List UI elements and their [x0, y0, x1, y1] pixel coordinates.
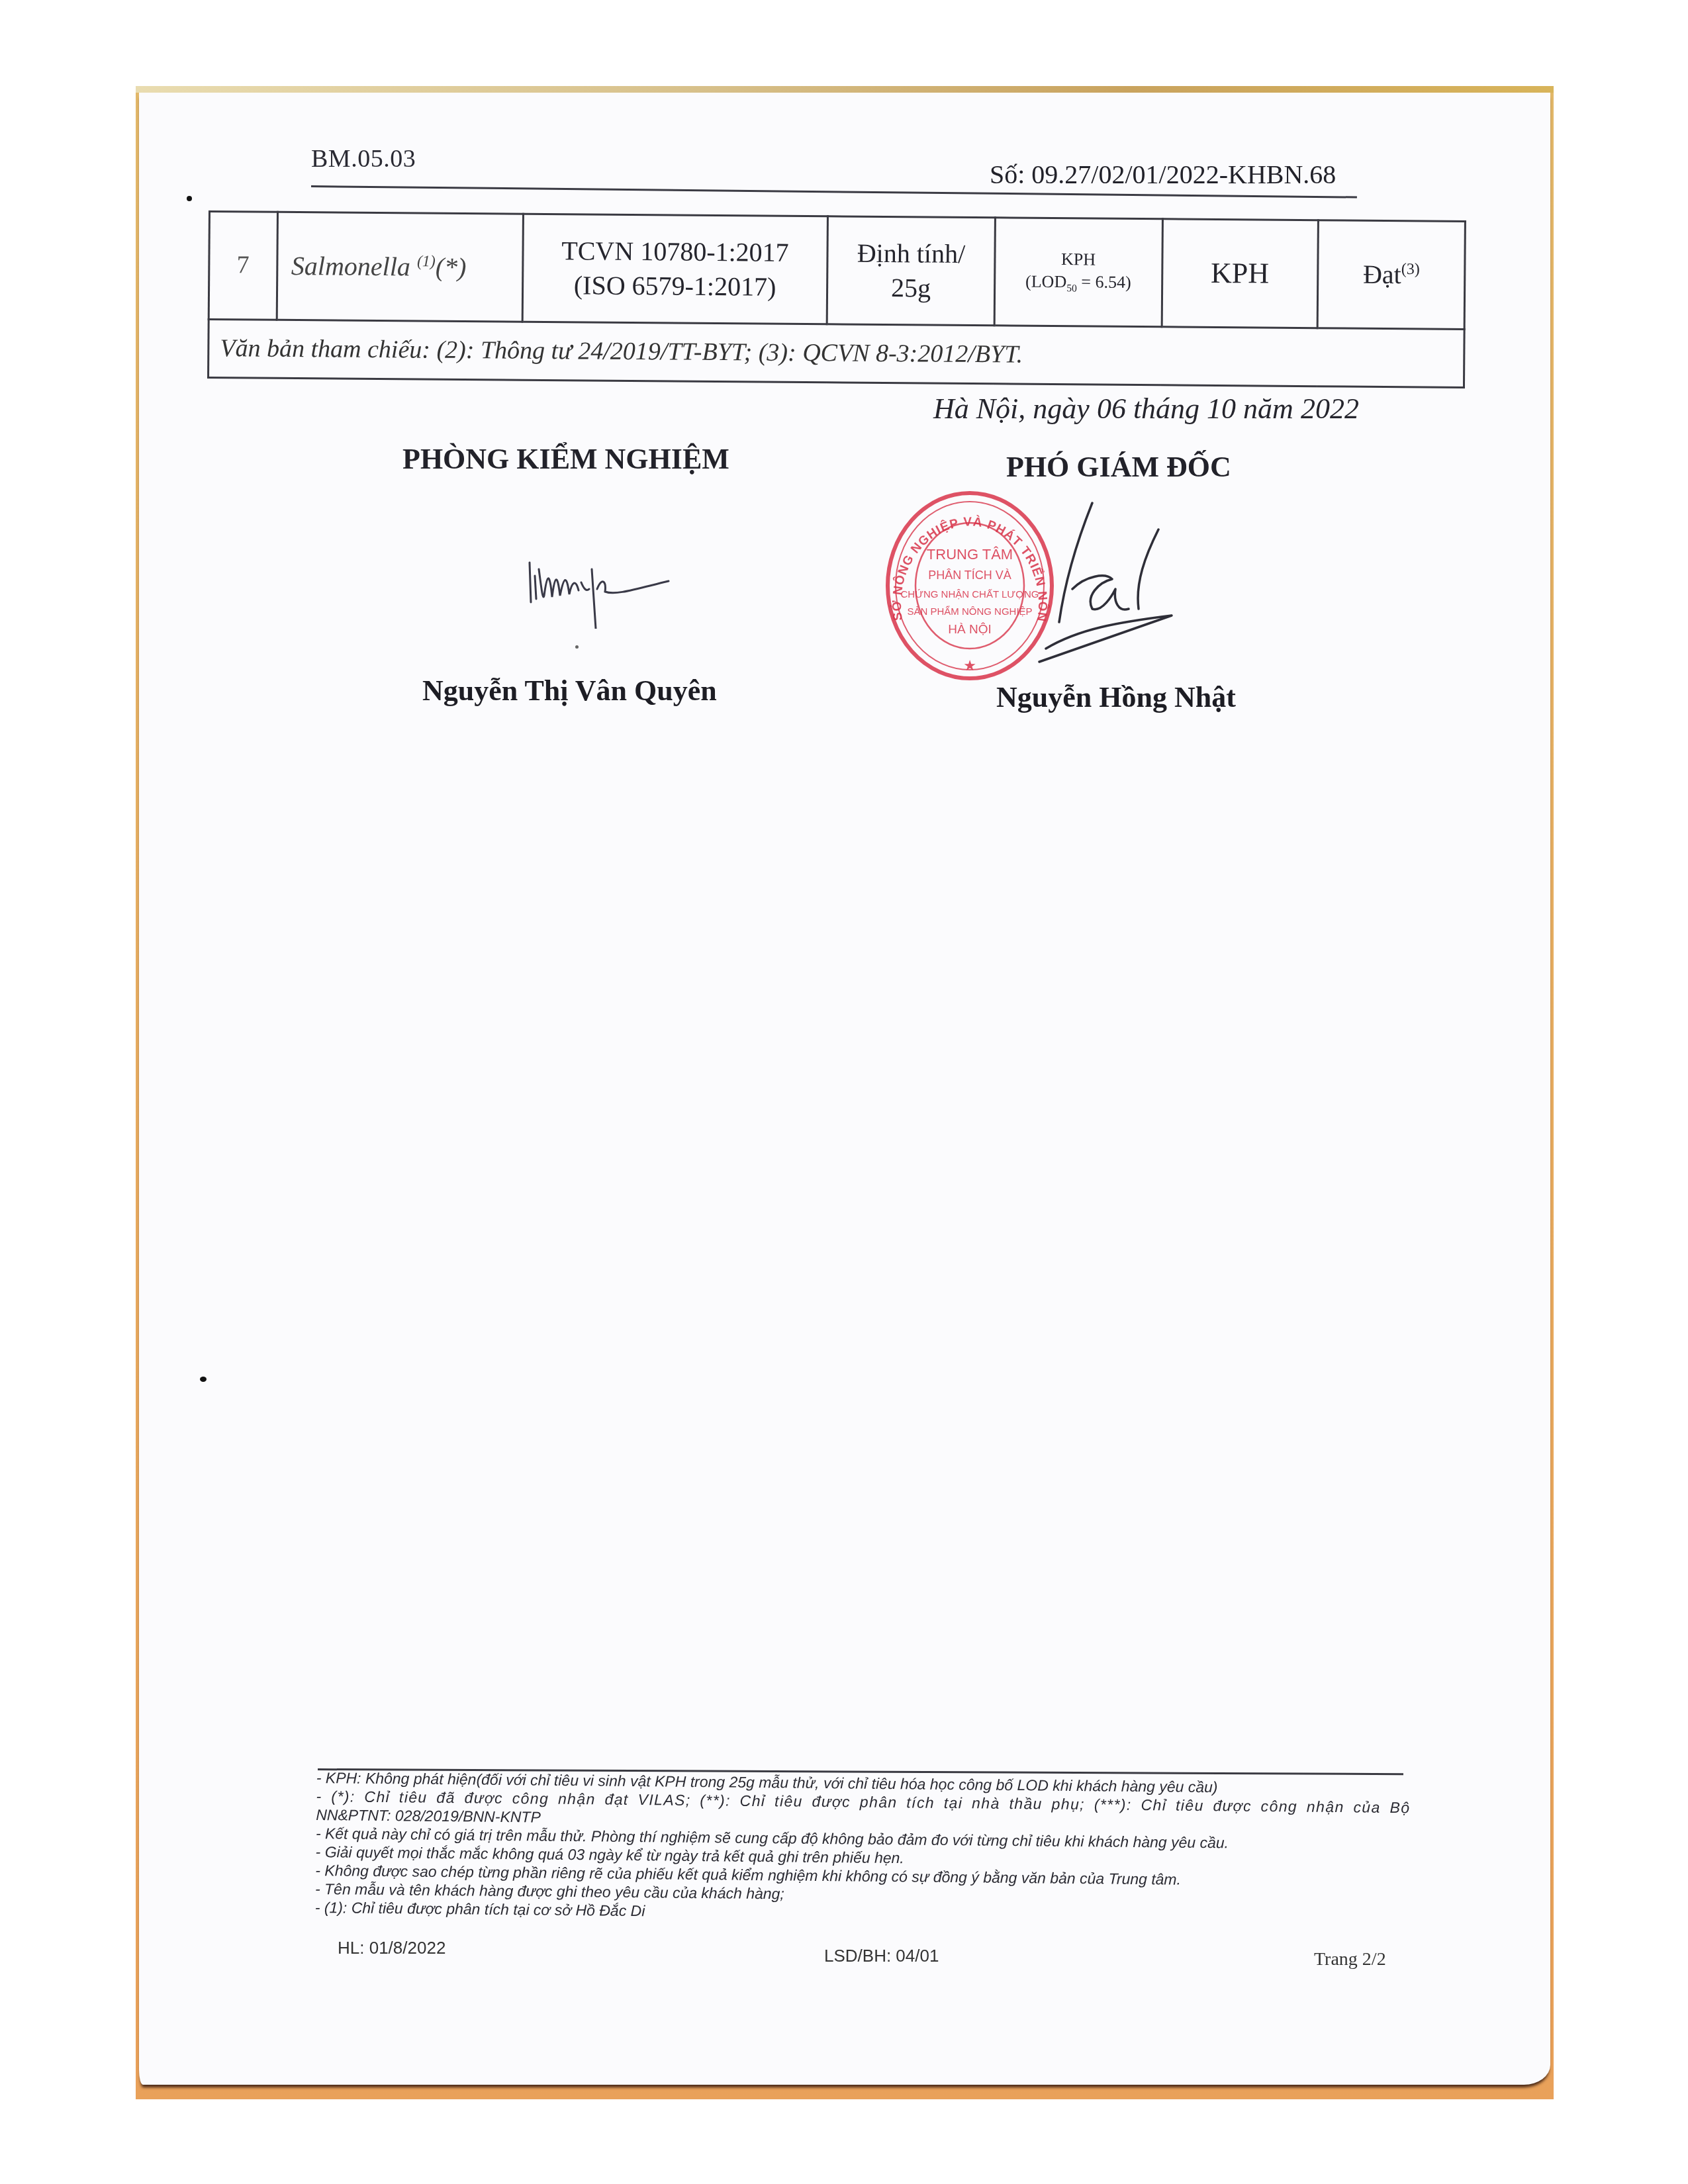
evaluation-footnote-ref: (3) — [1401, 261, 1420, 278]
cell-limit: KPH (LOD50 = 6.54) — [994, 218, 1162, 327]
method-iso: (ISO 6579-1:2017) — [528, 268, 823, 304]
results-table: 7 Salmonella (1)(*) TCVN 10780-1:2017 (I… — [207, 210, 1466, 388]
svg-text:PHÂN TÍCH VÀ: PHÂN TÍCH VÀ — [928, 569, 1011, 582]
reference-note: Văn bản tham chiếu: (2): Thông tư 24/201… — [209, 320, 1465, 388]
form-code: BM.05.03 — [311, 144, 416, 173]
paper-top-edge — [136, 86, 1554, 93]
left-signature-icon — [523, 549, 682, 629]
record-code: LSD/BH: 04/01 — [824, 1946, 939, 1966]
issue-date: Hà Nội, ngày 06 tháng 10 năm 2022 — [933, 392, 1359, 426]
right-signer-title: PHÓ GIÁM ĐỐC — [1006, 450, 1231, 484]
footnotes: - KPH: Không phát hiện(đối với chỉ tiêu … — [315, 1768, 1415, 1928]
right-signer-name: Nguyễn Hồng Nhật — [996, 680, 1236, 714]
evaluation-text: Đạt — [1363, 259, 1401, 289]
indicator-accreditation-mark: (*) — [436, 252, 467, 282]
table-row: 7 Salmonella (1)(*) TCVN 10780-1:2017 (I… — [209, 212, 1465, 330]
lod-label: (LOD — [1025, 272, 1066, 291]
indicator-footnote-ref: (1) — [417, 253, 436, 270]
left-signer-title: PHÒNG KIỂM NGHIỆM — [402, 442, 729, 476]
scan-speck — [575, 645, 579, 649]
method-standard: TCVN 10780-1:2017 — [528, 234, 823, 270]
svg-text:SẢN PHẨM NÔNG NGHIỆP: SẢN PHẨM NÔNG NGHIỆP — [907, 606, 1032, 617]
scan-speck — [200, 1377, 207, 1382]
limit-value: KPH — [1000, 248, 1157, 272]
limit-lod: (LOD50 = 6.54) — [1000, 271, 1157, 296]
right-signature-icon — [1019, 496, 1192, 682]
cell-indicator: Salmonella (1)(*) — [277, 212, 524, 322]
unit-type: Định tính/ — [832, 236, 990, 271]
svg-text:CHỨNG NHẬN CHẤT LƯỢNG: CHỨNG NHẬN CHẤT LƯỢNG — [900, 589, 1039, 600]
cell-method: TCVN 10780-1:2017 (ISO 6579-1:2017) — [522, 214, 827, 324]
page-number: Trang 2/2 — [1314, 1949, 1386, 1970]
left-signer-name: Nguyễn Thị Vân Quyên — [422, 674, 717, 707]
scan-speck — [187, 196, 192, 201]
lod-subscript: 50 — [1066, 283, 1077, 295]
svg-text:TRUNG TÂM: TRUNG TÂM — [927, 546, 1013, 563]
cell-result: KPH — [1162, 219, 1319, 328]
revision-code: HL: 01/8/2022 — [338, 1938, 445, 1958]
svg-text:★: ★ — [963, 657, 976, 674]
report-number: Số: 09.27/02/01/2022-KHBN.68 — [990, 159, 1336, 190]
reference-row: Văn bản tham chiếu: (2): Thông tư 24/201… — [209, 320, 1465, 388]
lod-value: = 6.54) — [1077, 272, 1131, 292]
cell-unit: Định tính/ 25g — [827, 216, 995, 326]
indicator-name: Salmonella — [291, 251, 410, 281]
svg-text:HÀ NỘI: HÀ NỘI — [948, 622, 991, 637]
cell-evaluation: Đạt(3) — [1317, 220, 1465, 330]
unit-amount: 25g — [832, 270, 990, 306]
cell-stt: 7 — [209, 212, 277, 320]
